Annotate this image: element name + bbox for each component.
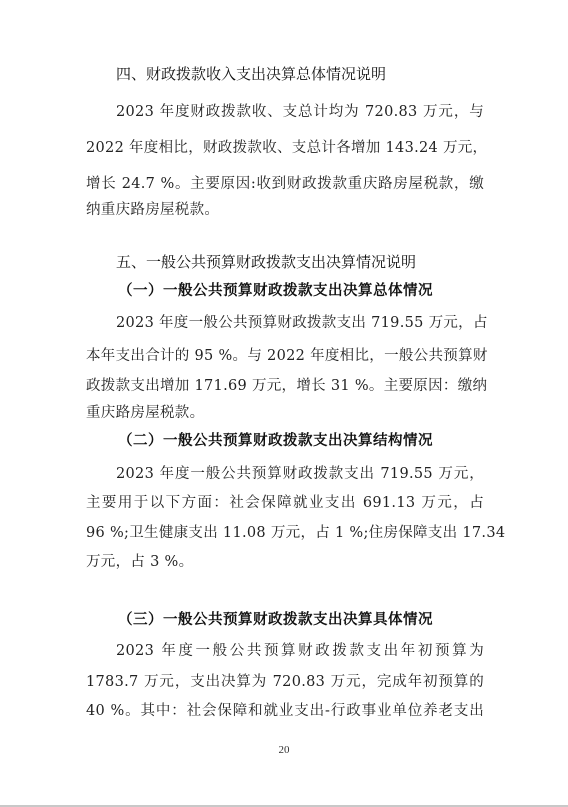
- subsection-heading-3: （三）一般公共预算财政拨款支出决算具体情况: [118, 610, 433, 630]
- paragraph-line: 2023 年度财政拨款收、支总计均为 720.83 万元，与: [116, 102, 484, 122]
- subsection-heading-2: （二）一般公共预算财政拨款支出决算结构情况: [118, 431, 433, 451]
- document-page: 四、财政拨款收入支出决算总体情况说明 2023 年度财政拨款收、支总计均为 72…: [0, 0, 568, 805]
- paragraph-line: 40 %。其中：社会保障和就业支出-行政事业单位养老支出: [86, 701, 484, 721]
- paragraph-line: 本年支出合计的 95 %。与 2022 年度相比，一般公共预算财: [86, 346, 484, 366]
- paragraph-line: 万元，占 3 %。: [86, 552, 484, 572]
- paragraph-line: 96 %;卫生健康支出 11.08 万元，占 1 %;住房保障支出 17.34: [86, 523, 484, 543]
- section-heading-5: 五、一般公共预算财政拨款支出决算情况说明: [116, 252, 416, 272]
- paragraph-line: 增长 24.7 %。主要原因:收到财政拨款重庆路房屋税款，缴: [86, 174, 484, 194]
- paragraph-line: 2023 年度一般公共预算财政拨款支出 719.55 万元，占: [116, 313, 484, 333]
- paragraph-line: 1783.7 万元，支出决算为 720.83 万元，完成年初预算的: [86, 672, 484, 692]
- paragraph-line: 重庆路房屋税款。: [86, 403, 484, 423]
- paragraph-line: 2023 年度一般公共预算财政拨款支出 719.55 万元，: [116, 464, 484, 484]
- page-number: 20: [0, 744, 568, 756]
- paragraph-line: 2023 年度一般公共预算财政拨款支出年初预算为: [116, 641, 484, 661]
- paragraph-line: 纳重庆路房屋税款。: [86, 200, 484, 220]
- paragraph-line: 政拨款支出增加 171.69 万元，增长 31 %。主要原因：缴纳: [86, 376, 484, 396]
- section-heading-4: 四、财政拨款收入支出决算总体情况说明: [116, 64, 386, 84]
- subsection-heading-1: （一）一般公共预算财政拨款支出决算总体情况: [118, 281, 433, 301]
- paragraph-line: 主要用于以下方面：社会保障就业支出 691.13 万元，占: [86, 493, 484, 513]
- paragraph-line: 2022 年度相比，财政拨款收、支总计各增加 143.24 万元，: [86, 138, 484, 158]
